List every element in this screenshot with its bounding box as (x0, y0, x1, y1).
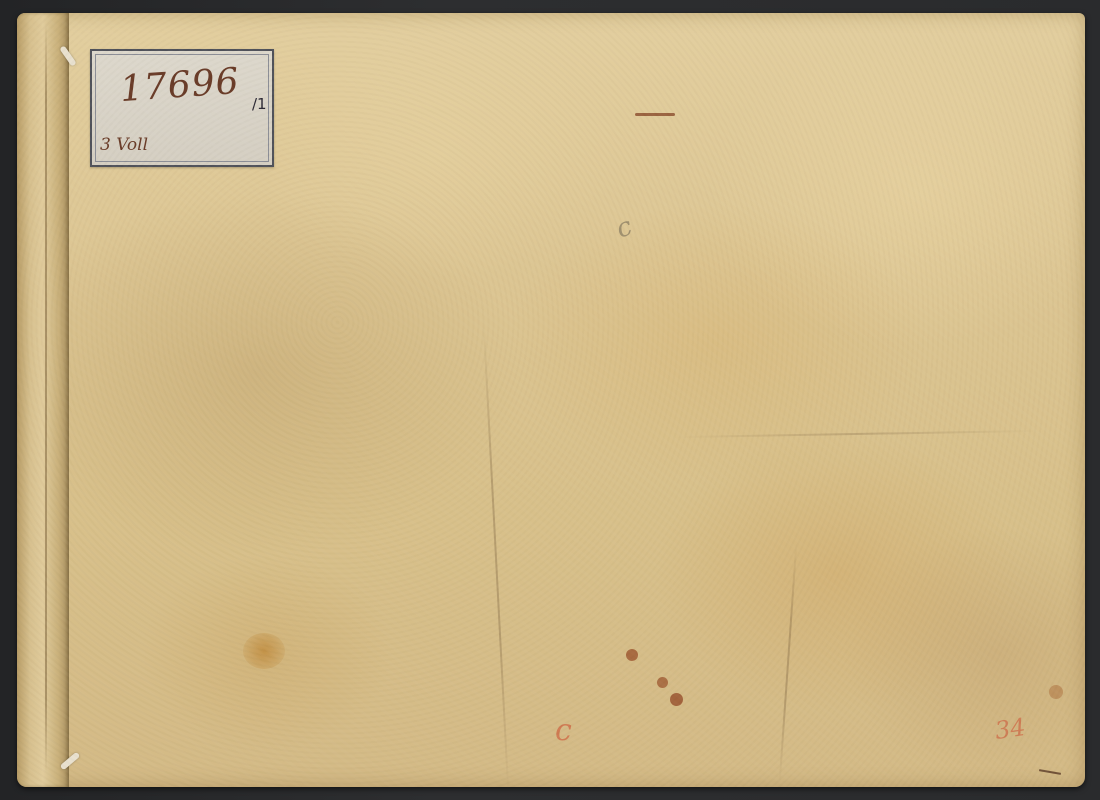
ink-mark-bottom (1039, 769, 1061, 775)
crease-horizontal (677, 430, 1037, 438)
library-shelfmark-label: 17696 /1 3 Voll (90, 49, 274, 167)
book-cover: 17696 /1 3 Voll c c 34 (17, 13, 1085, 787)
crease-center (483, 323, 510, 792)
crease-lower-right (779, 543, 798, 783)
shelfmark-suffix: /1 (252, 95, 267, 113)
photo-scene: 17696 /1 3 Voll c c 34 (0, 0, 1100, 800)
stain-spot (1049, 685, 1063, 699)
water-stain (243, 633, 285, 669)
volumes-note: 3 Voll (100, 135, 148, 155)
shelfmark-number: 17696 (119, 61, 241, 110)
red-pencil-mark-bottom: c (555, 713, 572, 748)
book-spine (17, 13, 69, 787)
ink-spot (626, 649, 638, 661)
pencil-mark-center: c (612, 211, 636, 244)
ink-spot (670, 693, 683, 706)
red-pencil-number: 34 (993, 713, 1027, 745)
ink-mark (635, 113, 675, 116)
ink-spot (657, 677, 668, 688)
spine-fold-line (45, 23, 47, 773)
